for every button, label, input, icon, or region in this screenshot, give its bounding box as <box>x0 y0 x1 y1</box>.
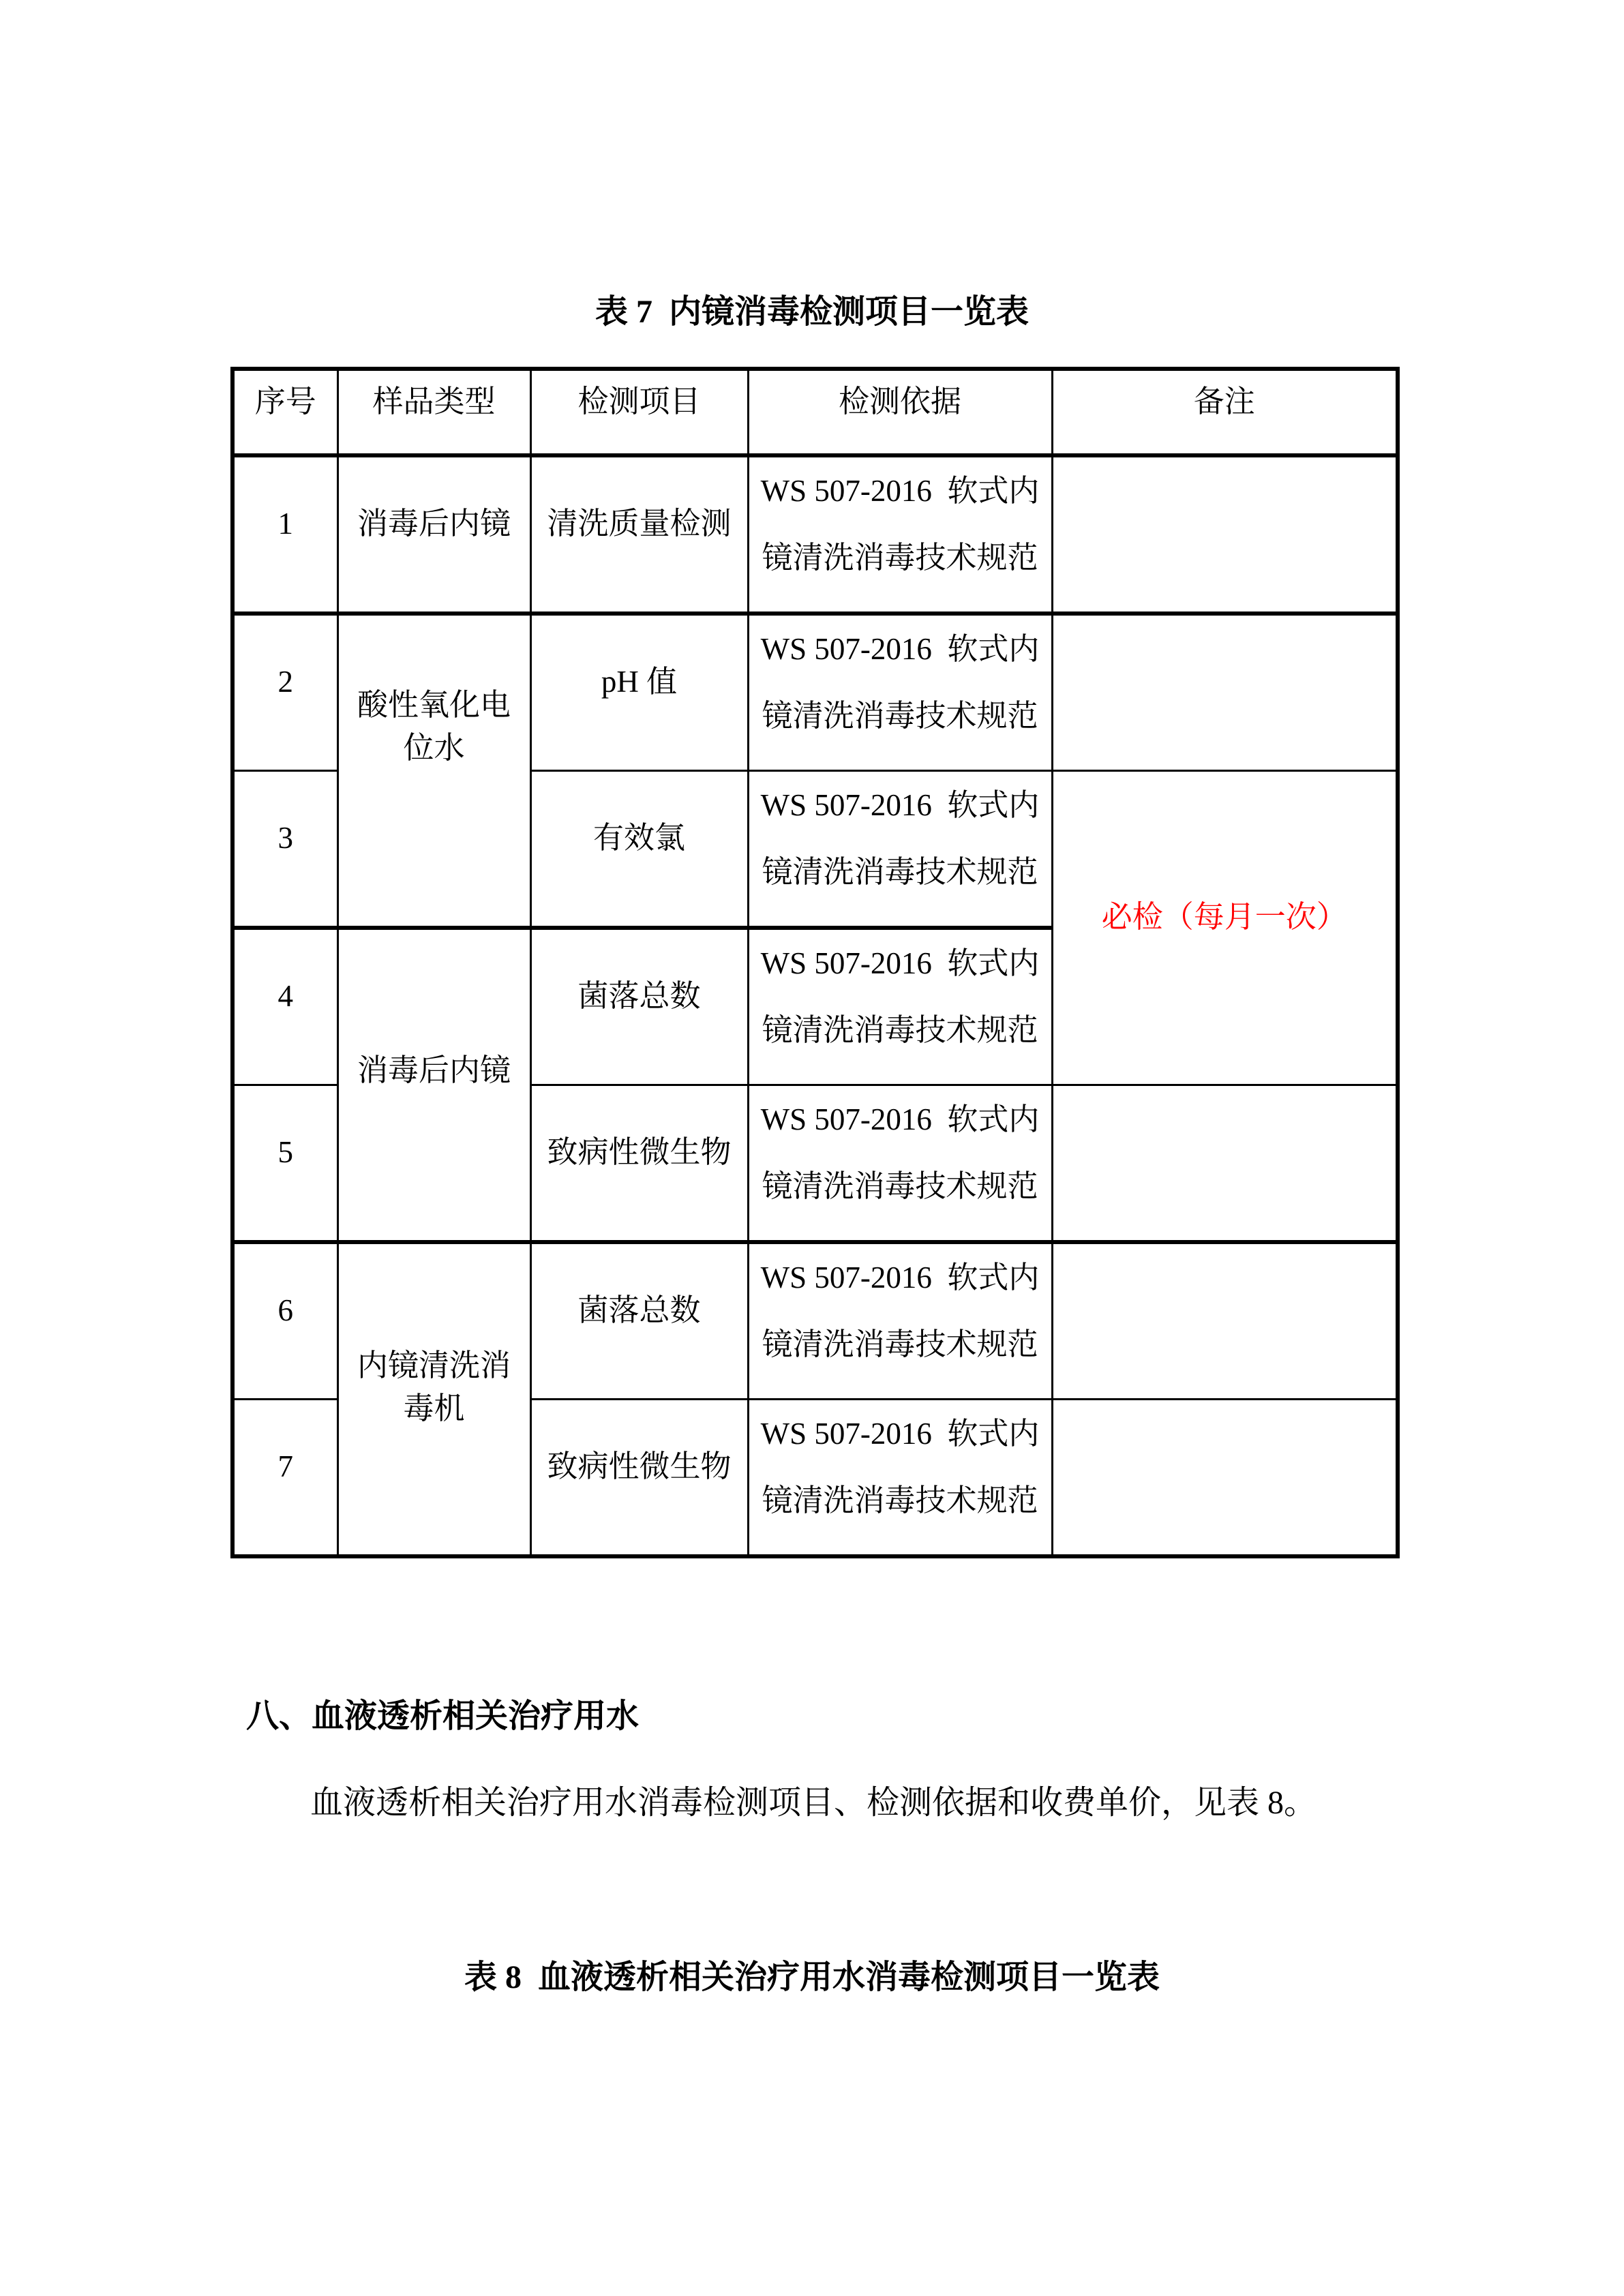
cell-sample-1: 消毒后内镜 <box>337 455 530 614</box>
section-paragraph: 血液透析相关治疗用水消毒检测项目、检测依据和收费单价，见表 8。 <box>310 1782 1317 1824</box>
col-header-sample-type: 样品类型 <box>337 369 530 455</box>
col-header-test-basis: 检测依据 <box>748 369 1052 455</box>
table7: 序号 样品类型 检测项目 检测依据 备注 1 消毒后内镜 清洗质量检测 WS 5… <box>230 367 1400 1558</box>
cell-basis-2: WS 507-2016 软式内 镜清洗消毒技术规范 <box>748 614 1052 771</box>
cell-remark-7 <box>1052 1400 1398 1557</box>
cell-remark-3-4: 必检（每月一次） <box>1052 771 1398 1085</box>
cell-no-5: 5 <box>232 1085 337 1243</box>
cell-item-2: pH 值 <box>530 614 748 771</box>
table-row-2: 2 酸性氧化电 位水 pH 值 WS 507-2016 软式内 镜清洗消毒技术规… <box>232 614 1398 771</box>
table7-header-row: 序号 样品类型 检测项目 检测依据 备注 <box>232 369 1398 455</box>
cell-no-6: 6 <box>232 1242 337 1400</box>
col-header-no: 序号 <box>232 369 337 455</box>
cell-remark-2 <box>1052 614 1398 771</box>
cell-item-3: 有效氯 <box>530 771 748 928</box>
cell-no-2: 2 <box>232 614 337 771</box>
table-row-6: 6 内镜清洗消 毒机 菌落总数 WS 507-2016 软式内 镜清洗消毒技术规… <box>232 1242 1398 1400</box>
cell-remark-5 <box>1052 1085 1398 1243</box>
cell-no-3: 3 <box>232 771 337 928</box>
section-heading: 八、血液透析相关治疗用水 <box>246 1696 639 1737</box>
cell-no-7: 7 <box>232 1400 337 1557</box>
cell-sample-6-7: 内镜清洗消 毒机 <box>337 1242 530 1556</box>
table-row-1: 1 消毒后内镜 清洗质量检测 WS 507-2016 软式内 镜清洗消毒技术规范 <box>232 455 1398 614</box>
cell-item-5: 致病性微生物 <box>530 1085 748 1243</box>
cell-no-1: 1 <box>232 455 337 614</box>
cell-basis-5: WS 507-2016 软式内 镜清洗消毒技术规范 <box>748 1085 1052 1243</box>
col-header-test-item: 检测项目 <box>530 369 748 455</box>
table8-title: 表 8 血液透析相关治疗用水消毒检测项目一览表 <box>0 1957 1624 1998</box>
cell-basis-7: WS 507-2016 软式内 镜清洗消毒技术规范 <box>748 1400 1052 1557</box>
cell-basis-4: WS 507-2016 软式内 镜清洗消毒技术规范 <box>748 928 1052 1085</box>
cell-sample-4-5: 消毒后内镜 <box>337 928 530 1242</box>
cell-basis-6: WS 507-2016 软式内 镜清洗消毒技术规范 <box>748 1242 1052 1400</box>
cell-item-1: 清洗质量检测 <box>530 455 748 614</box>
cell-basis-3: WS 507-2016 软式内 镜清洗消毒技术规范 <box>748 771 1052 928</box>
cell-item-7: 致病性微生物 <box>530 1400 748 1557</box>
cell-item-6: 菌落总数 <box>530 1242 748 1400</box>
document-page: 表 7 内镜消毒检测项目一览表 序号 样品类型 检测项目 检测依据 备注 1 消… <box>0 0 1624 2296</box>
cell-no-4: 4 <box>232 928 337 1085</box>
cell-remark-1 <box>1052 455 1398 614</box>
col-header-remark: 备注 <box>1052 369 1398 455</box>
table7-title: 表 7 内镜消毒检测项目一览表 <box>0 292 1624 333</box>
cell-sample-2-3: 酸性氧化电 位水 <box>337 614 530 928</box>
cell-remark-6 <box>1052 1242 1398 1400</box>
cell-basis-1: WS 507-2016 软式内 镜清洗消毒技术规范 <box>748 455 1052 614</box>
cell-item-4: 菌落总数 <box>530 928 748 1085</box>
